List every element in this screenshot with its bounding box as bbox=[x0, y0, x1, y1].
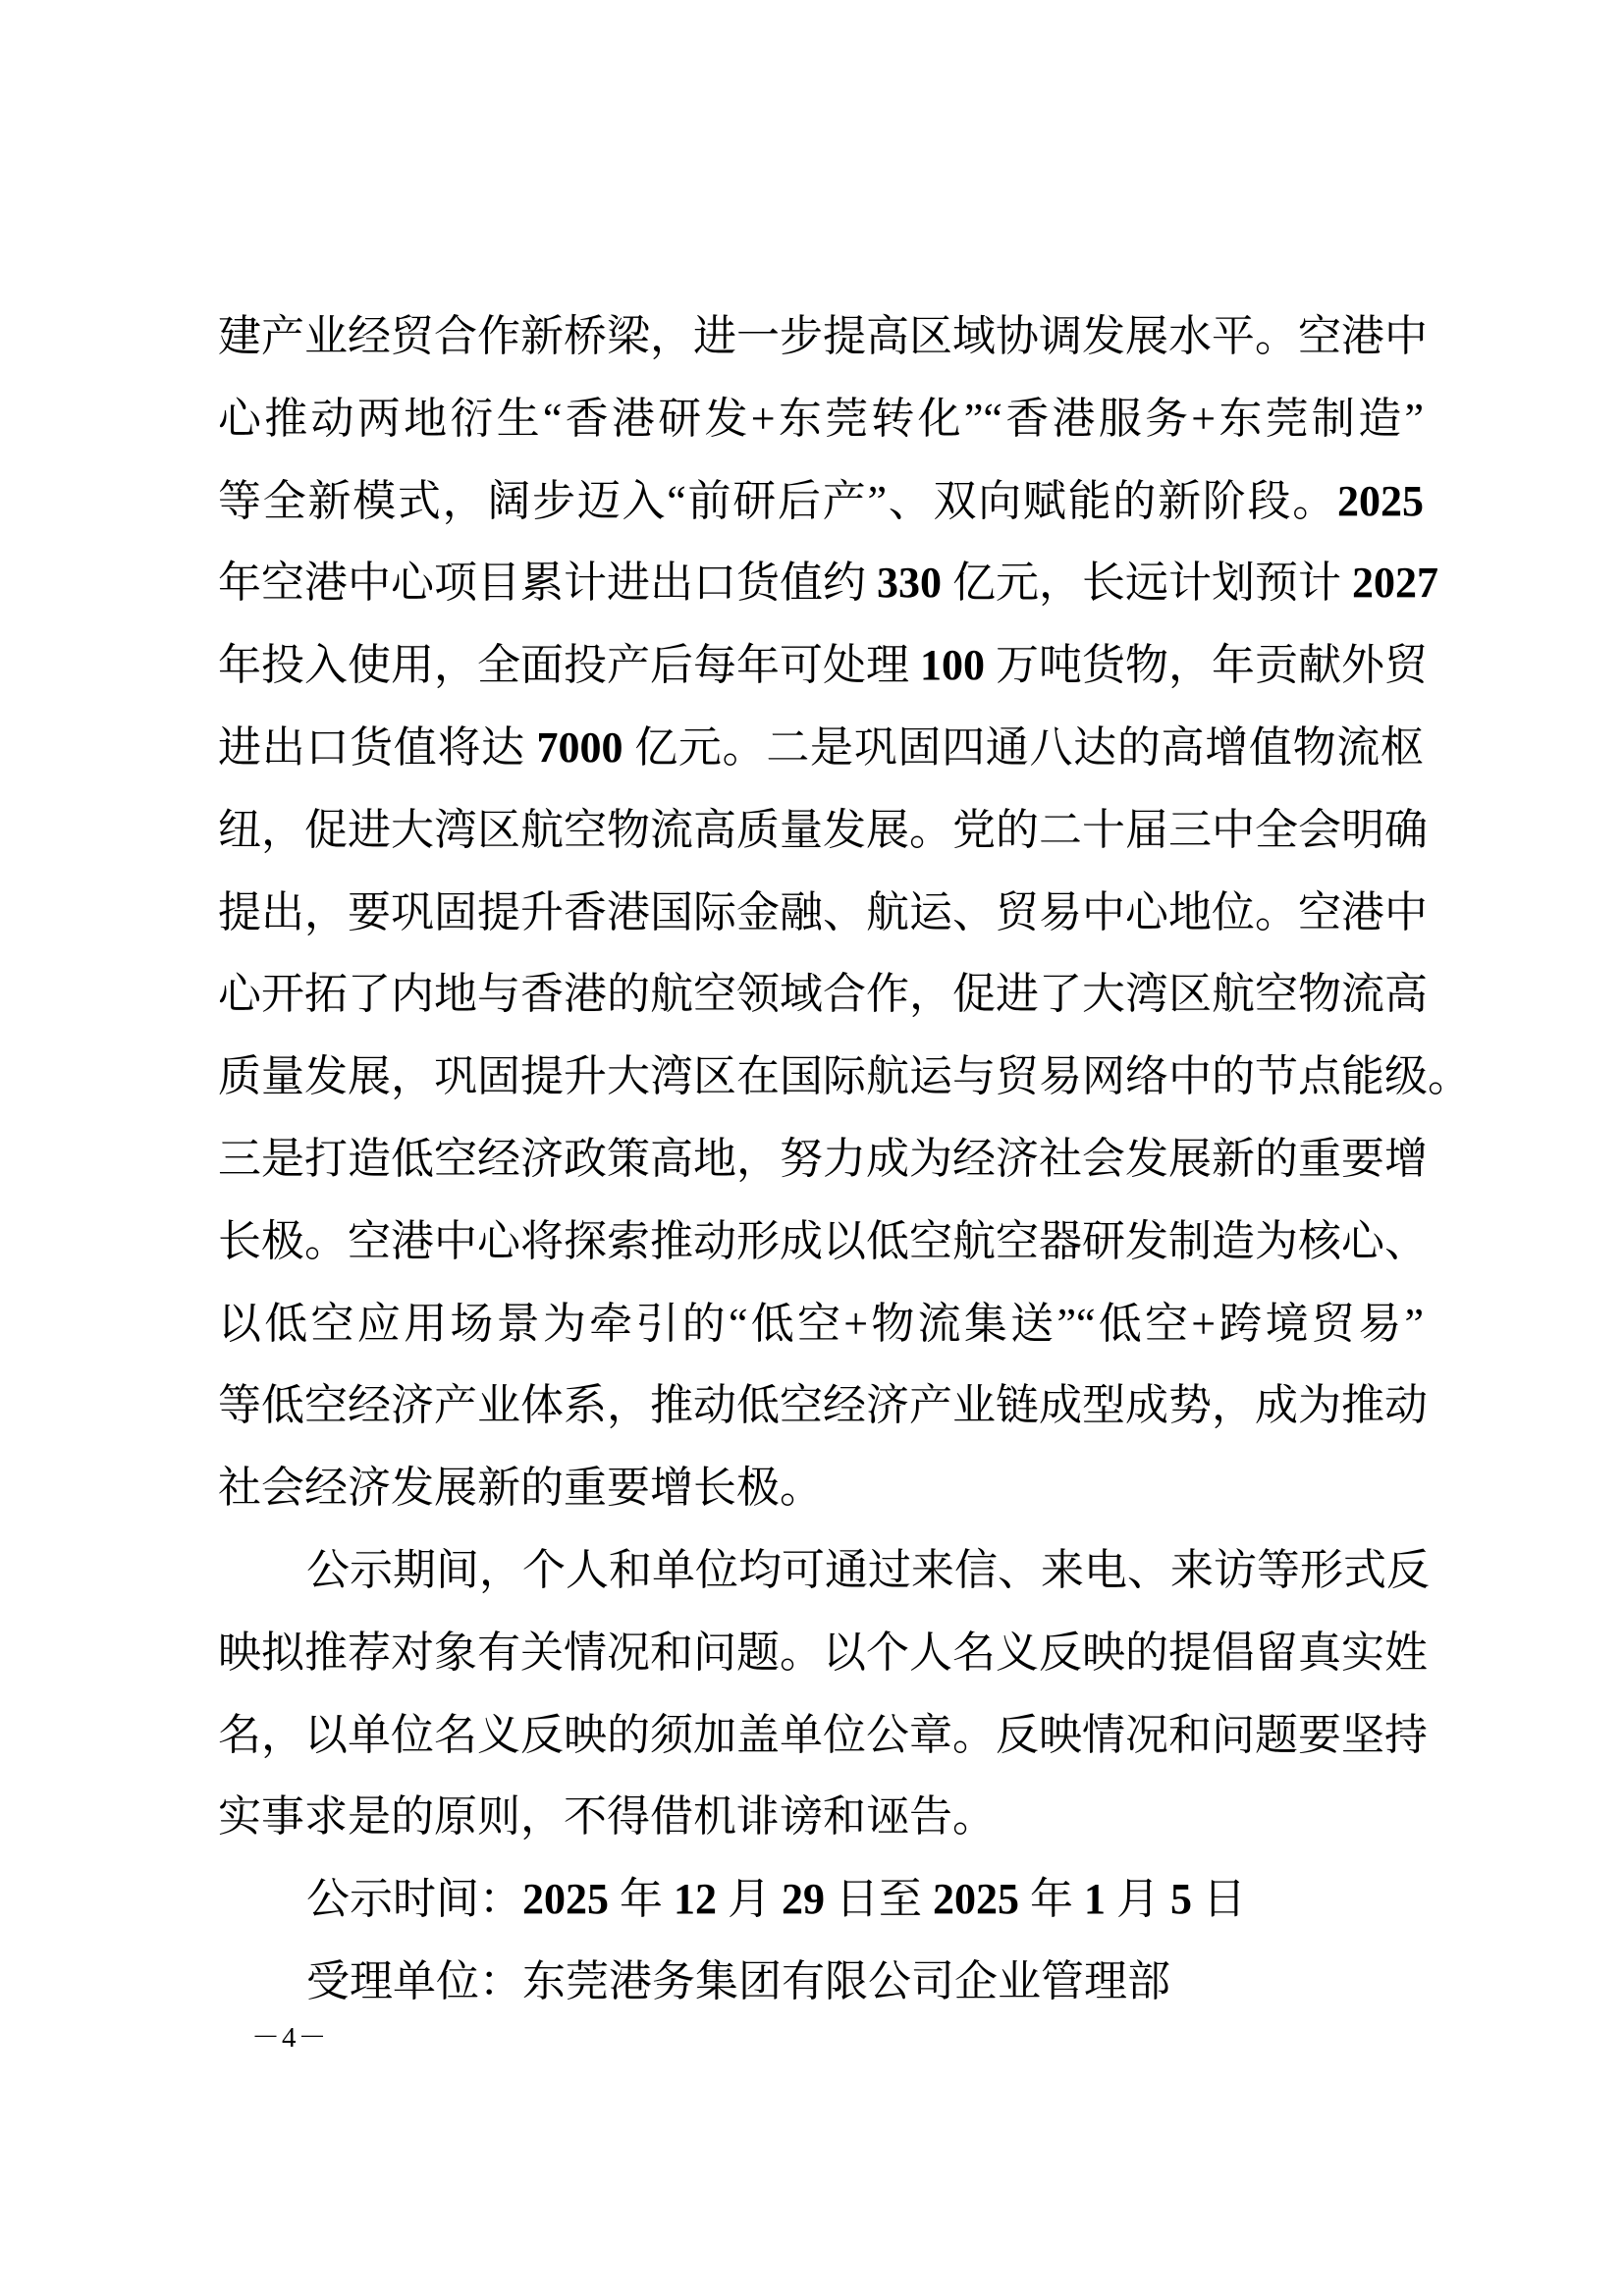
text-line: 进出口货值将达 7000 亿元。二是巩固四通八达的高增值物流枢 bbox=[218, 707, 1424, 789]
text-run: 亿元。二是巩固四通八达的高增值物流枢 bbox=[623, 723, 1424, 772]
bold-number: 2025 bbox=[933, 1875, 1019, 1923]
text-line: 心推动两地衍生“香港研发+东莞转化”“香港服务+东莞制造” bbox=[218, 378, 1424, 460]
text-run: 心开拓了内地与香港的航空领域合作，促进了大湾区航空物流高 bbox=[218, 970, 1428, 1018]
text-run: 公示期间，个人和单位均可通过来信、来电、来访等形式反 bbox=[306, 1546, 1430, 1594]
text-run: 受理单位：东莞港务集团有限公司企业管理部 bbox=[306, 1957, 1170, 2005]
paragraph: 公示时间：2025 年 12 月 29 日至 2025 年 1 月 5 日 bbox=[218, 1858, 1424, 1941]
text-line: 实事求是的原则，不得借机诽谤和诬告。 bbox=[218, 1776, 1424, 1858]
text-run: 等低空经济产业体系，推动低空经济产业链成型成势，成为推动 bbox=[218, 1381, 1428, 1429]
bold-number: 330 bbox=[877, 559, 942, 607]
text-run: 纽，促进大湾区航空物流高质量发展。党的二十届三中全会明确 bbox=[218, 806, 1428, 854]
text-line: 三是打造低空经济政策高地，努力成为经济社会发展新的重要增 bbox=[218, 1118, 1424, 1201]
text-line: 等全新模式，阔步迈入“前研后产”、双向赋能的新阶段。2025 bbox=[218, 460, 1424, 543]
text-run: 质量发展，巩固提升大湾区在国际航运与贸易网络中的节点能级。 bbox=[218, 1052, 1471, 1100]
text-line: 心开拓了内地与香港的航空领域合作，促进了大湾区航空物流高 bbox=[218, 953, 1424, 1036]
text-run: 实事求是的原则，不得借机诽谤和诬告。 bbox=[218, 1792, 996, 1841]
bold-number: 100 bbox=[920, 641, 985, 689]
text-run: 年空港中心项目累计进出口货值约 bbox=[218, 559, 877, 607]
text-run: 名，以单位名义反映的须加盖单位公章。反映情况和问题要坚持 bbox=[218, 1711, 1428, 1759]
text-run: 公示时间： bbox=[306, 1875, 522, 1923]
text-run: 提出，要巩固提升香港国际金融、航运、贸易中心地位。空港中 bbox=[218, 888, 1428, 936]
text-run: 进出口货值将达 bbox=[218, 723, 537, 772]
bold-number: 7000 bbox=[537, 723, 623, 772]
text-line: 建产业经贸合作新桥梁，进一步提高区域协调发展水平。空港中 bbox=[218, 295, 1424, 378]
paragraph: 建产业经贸合作新桥梁，进一步提高区域协调发展水平。空港中心推动两地衍生“香港研发… bbox=[218, 295, 1424, 1529]
bold-number: 2025 bbox=[1337, 477, 1424, 525]
text-run: 建产业经贸合作新桥梁，进一步提高区域协调发展水平。空港中 bbox=[218, 312, 1428, 360]
text-line: 公示时间：2025 年 12 月 29 日至 2025 年 1 月 5 日 bbox=[218, 1858, 1424, 1941]
text-line: 长极。空港中心将探索推动形成以低空航空器研发制造为核心、 bbox=[218, 1201, 1424, 1283]
text-run: 映拟推荐对象有关情况和问题。以个人名义反映的提倡留真实姓 bbox=[218, 1629, 1428, 1677]
text-line: 年空港中心项目累计进出口货值约 330 亿元，长远计划预计 2027 bbox=[218, 542, 1424, 624]
text-line: 受理单位：东莞港务集团有限公司企业管理部 bbox=[218, 1941, 1424, 2023]
text-run: 长极。空港中心将探索推动形成以低空航空器研发制造为核心、 bbox=[218, 1217, 1428, 1265]
bold-number: 1 bbox=[1084, 1875, 1106, 1923]
text-run: 月 bbox=[1106, 1875, 1170, 1923]
text-run: 年投入使用，全面投产后每年可处理 bbox=[218, 641, 920, 689]
bold-number: 29 bbox=[782, 1875, 825, 1923]
text-run: 万吨货物，年贡献外贸 bbox=[985, 641, 1428, 689]
paragraph: 公示期间，个人和单位均可通过来信、来电、来访等形式反映拟推荐对象有关情况和问题。… bbox=[218, 1529, 1424, 1858]
text-line: 名，以单位名义反映的须加盖单位公章。反映情况和问题要坚持 bbox=[218, 1694, 1424, 1777]
document-body: 建产业经贸合作新桥梁，进一步提高区域协调发展水平。空港中心推动两地衍生“香港研发… bbox=[218, 295, 1424, 2023]
text-line: 公示期间，个人和单位均可通过来信、来电、来访等形式反 bbox=[218, 1529, 1424, 1612]
text-run: 年 bbox=[609, 1875, 674, 1923]
text-run: 日 bbox=[1192, 1875, 1246, 1923]
text-run: 亿元，长远计划预计 bbox=[942, 559, 1352, 607]
text-line: 以低空应用场景为牵引的“低空+物流集送”“低空+跨境贸易” bbox=[218, 1283, 1424, 1365]
bold-number: 12 bbox=[674, 1875, 717, 1923]
text-line: 映拟推荐对象有关情况和问题。以个人名义反映的提倡留真实姓 bbox=[218, 1612, 1424, 1694]
text-run: 社会经济发展新的重要增长极。 bbox=[218, 1464, 823, 1512]
text-run: 年 bbox=[1019, 1875, 1084, 1923]
text-run: 月 bbox=[717, 1875, 782, 1923]
text-run: 三是打造低空经济政策高地，努力成为经济社会发展新的重要增 bbox=[218, 1135, 1428, 1183]
text-line: 等低空经济产业体系，推动低空经济产业链成型成势，成为推动 bbox=[218, 1364, 1424, 1447]
bold-number: 2027 bbox=[1352, 559, 1438, 607]
text-line: 社会经济发展新的重要增长极。 bbox=[218, 1447, 1424, 1529]
text-run: 日至 bbox=[825, 1875, 933, 1923]
text-line: 纽，促进大湾区航空物流高质量发展。党的二十届三中全会明确 bbox=[218, 789, 1424, 872]
page-number: －4－ bbox=[251, 2020, 329, 2056]
text-line: 提出，要巩固提升香港国际金融、航运、贸易中心地位。空港中 bbox=[218, 872, 1424, 954]
text-run: 以低空应用场景为牵引的“低空+物流集送”“低空+跨境贸易” bbox=[218, 1300, 1424, 1348]
document-page: 建产业经贸合作新桥梁，进一步提高区域协调发展水平。空港中心推动两地衍生“香港研发… bbox=[0, 0, 1624, 2296]
text-run: 等全新模式，阔步迈入“前研后产”、双向赋能的新阶段。 bbox=[218, 477, 1337, 525]
text-line: 年投入使用，全面投产后每年可处理 100 万吨货物，年贡献外贸 bbox=[218, 624, 1424, 707]
text-run: 心推动两地衍生“香港研发+东莞转化”“香港服务+东莞制造” bbox=[218, 395, 1424, 443]
bold-number: 5 bbox=[1170, 1875, 1192, 1923]
text-line: 质量发展，巩固提升大湾区在国际航运与贸易网络中的节点能级。 bbox=[218, 1036, 1424, 1118]
paragraph: 受理单位：东莞港务集团有限公司企业管理部 bbox=[218, 1941, 1424, 2023]
bold-number: 2025 bbox=[522, 1875, 609, 1923]
